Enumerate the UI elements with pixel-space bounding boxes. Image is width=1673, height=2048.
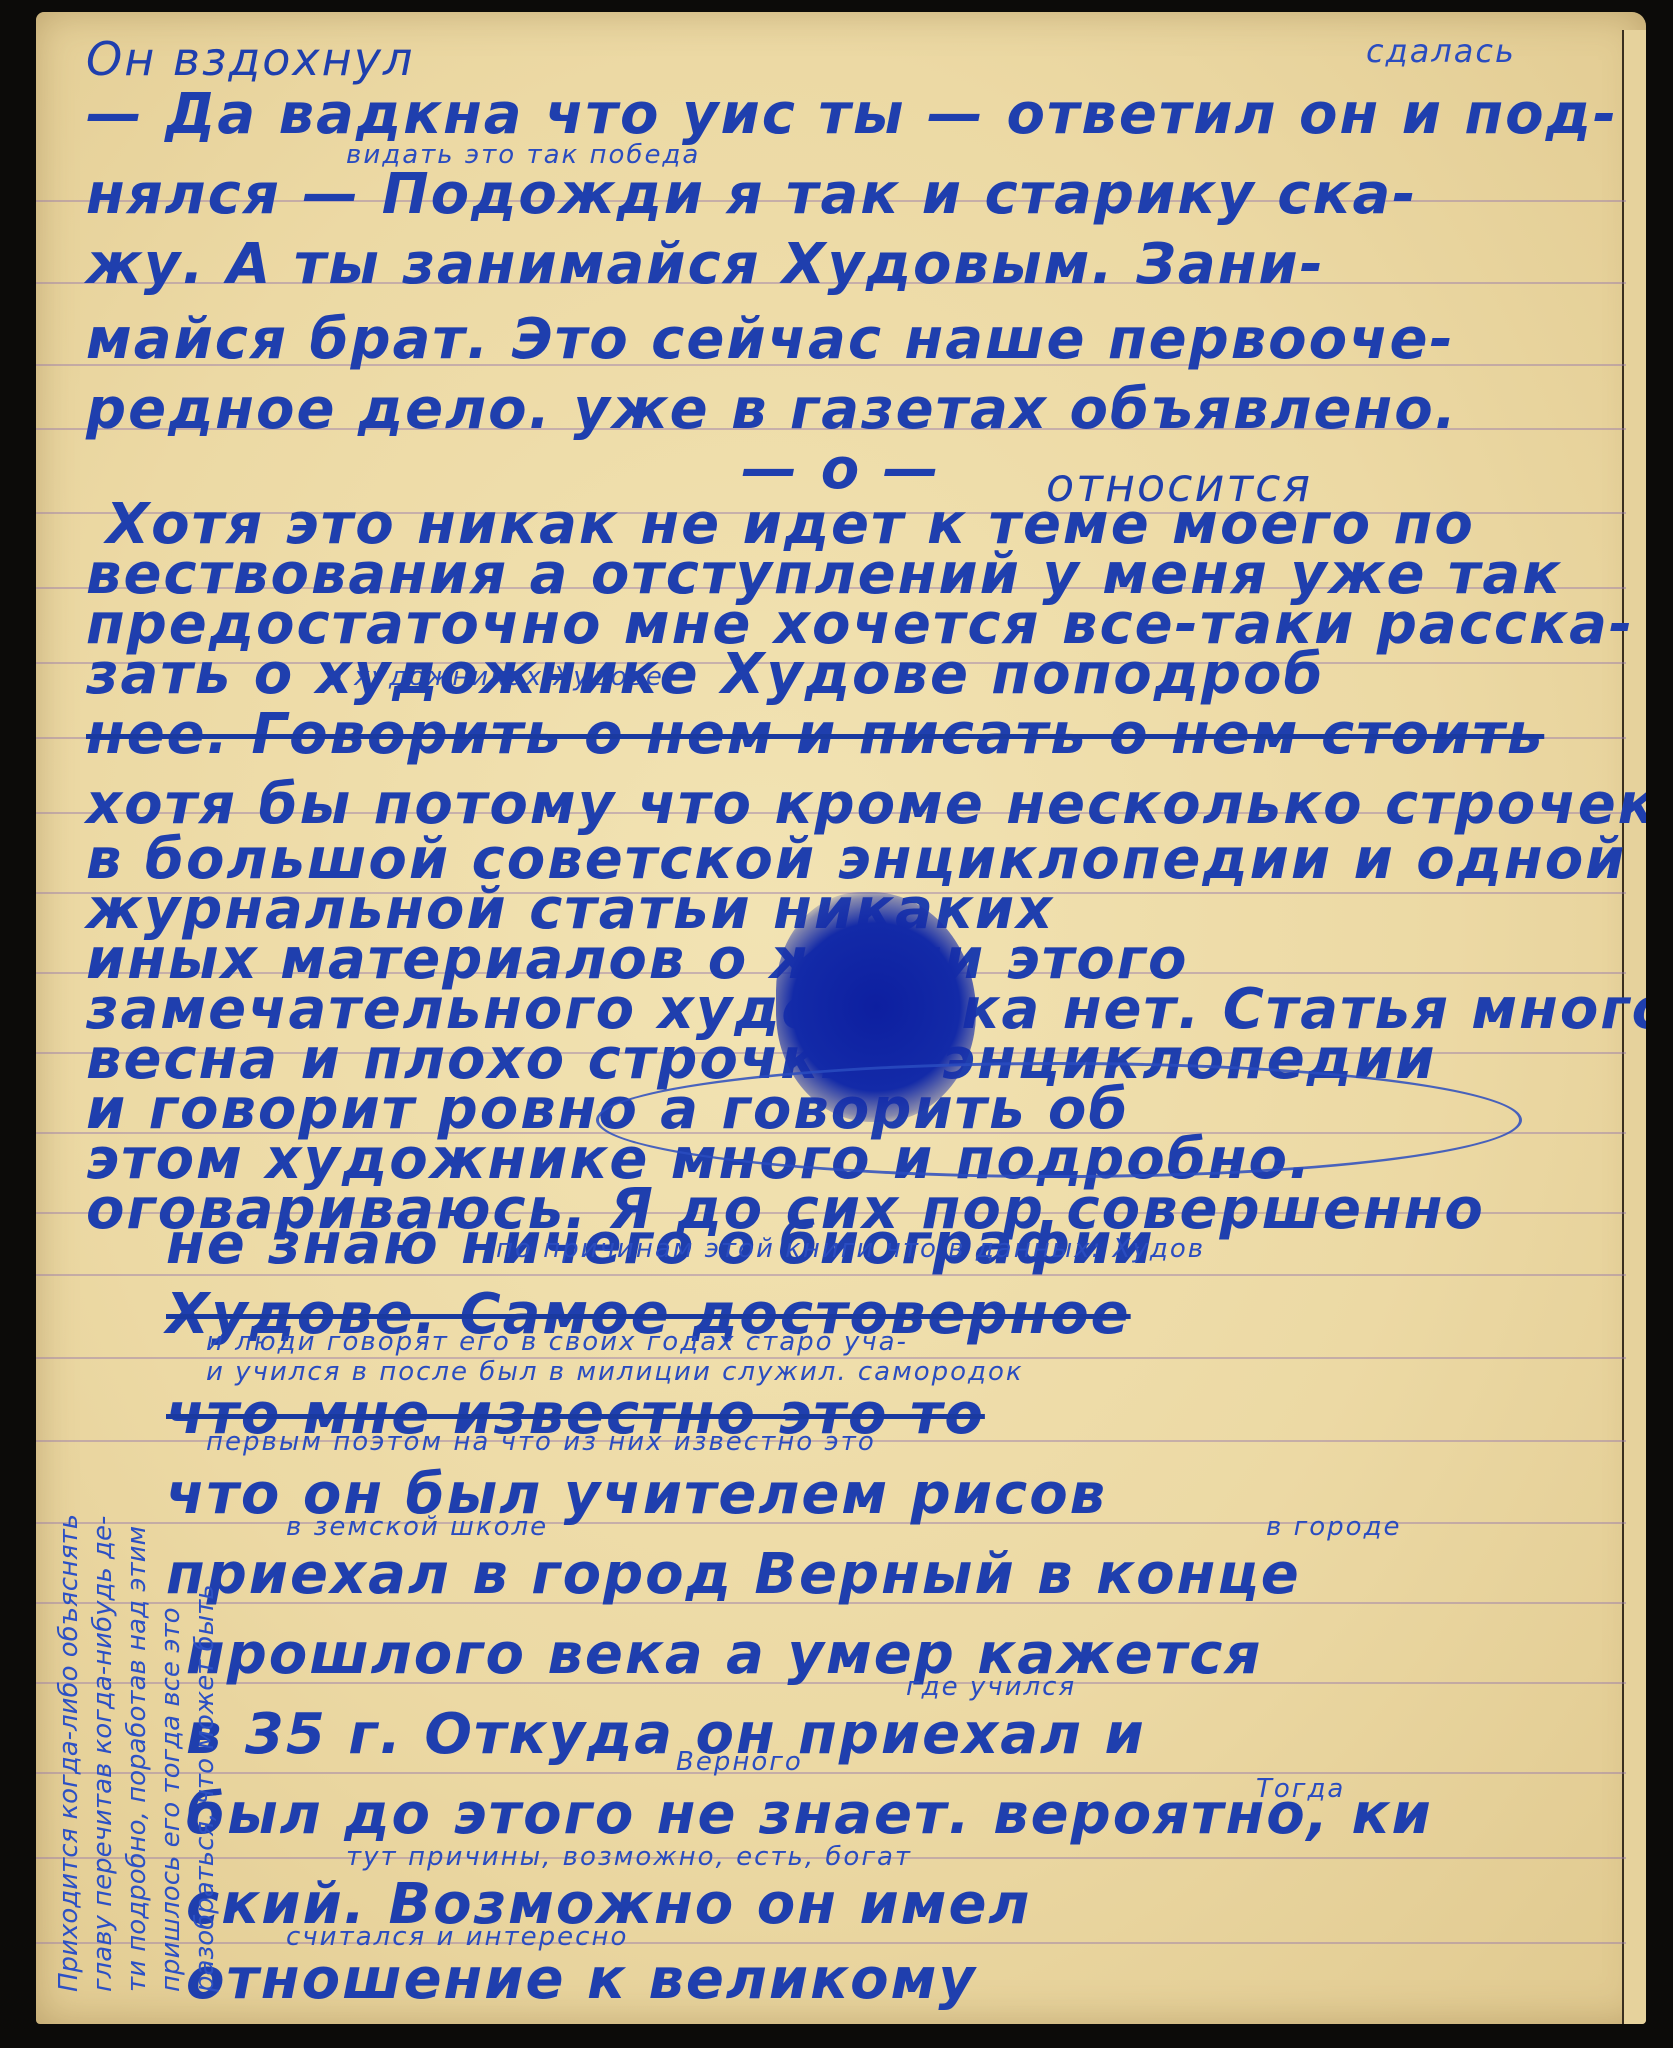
insertion-note: тут причины, возможно, есть, богат <box>346 1842 912 1872</box>
insertion-note: где учился <box>906 1672 1076 1702</box>
handwritten-line: приехал в город Верный в конце <box>166 1542 1301 1607</box>
margin-note-line: ти подробно, поработав над этим <box>120 1514 154 1992</box>
handwritten-line: был до этого не знает. вероятно, ки <box>186 1782 1433 1847</box>
handwritten-line: Он вздохнул <box>86 32 414 86</box>
handwritten-line-struck: нее. Говорить о нем и писать о нем стоит… <box>86 702 1544 767</box>
revision-loop <box>596 1062 1522 1178</box>
insertion-note: первым поэтом на что из них известно это <box>206 1427 876 1457</box>
insertion-note: в городе <box>1266 1512 1402 1542</box>
handwritten-line: редное дело. уже в газетах объявлено. <box>86 377 1458 442</box>
handwritten-line: майся брат. Это сейчас наше первооче- <box>86 307 1455 372</box>
ruled-line <box>36 1772 1626 1774</box>
handwritten-line: в 35 г. Откуда он приехал и <box>186 1702 1146 1767</box>
insertion-note: Верного <box>676 1747 803 1777</box>
vertical-margin-note: Приходится когда-либо объяснять главу пе… <box>52 1514 222 1992</box>
handwritten-line: жу. А ты занимайся Худовым. Зани- <box>86 232 1325 297</box>
handwritten-line: прошлого века а умер кажется <box>186 1622 1262 1687</box>
insertion-note: и люди говорят его в своих годах старо у… <box>206 1327 908 1357</box>
handwritten-line: — Да вадкна что уис ты — ответил он и по… <box>86 82 1618 147</box>
handwritten-line: зать о художнике Худове поподроб <box>86 642 1325 707</box>
insertion-note: по причинам этой книги что в данных: Худ… <box>496 1234 1205 1264</box>
ruled-line <box>36 1942 1626 1944</box>
handwritten-line: отношение к великому <box>186 1947 977 2012</box>
handwritten-line: нялся — Подожди я так и старику ска- <box>86 162 1417 227</box>
insertion-note: в земской школе <box>286 1512 548 1542</box>
insertion-note: сдалась <box>1366 32 1516 70</box>
margin-note-line: Приходится когда-либо объяснять <box>52 1514 86 1992</box>
margin-note-line: разобраться, что может быть <box>188 1514 222 1992</box>
margin-note-line: пришлось его тогда все это <box>154 1514 188 1992</box>
margin-note-line: главу перечитав когда-нибудь де- <box>86 1514 120 1992</box>
manuscript-page: Он вздохнул сдалась — Да вадкна что уис … <box>36 12 1646 2024</box>
